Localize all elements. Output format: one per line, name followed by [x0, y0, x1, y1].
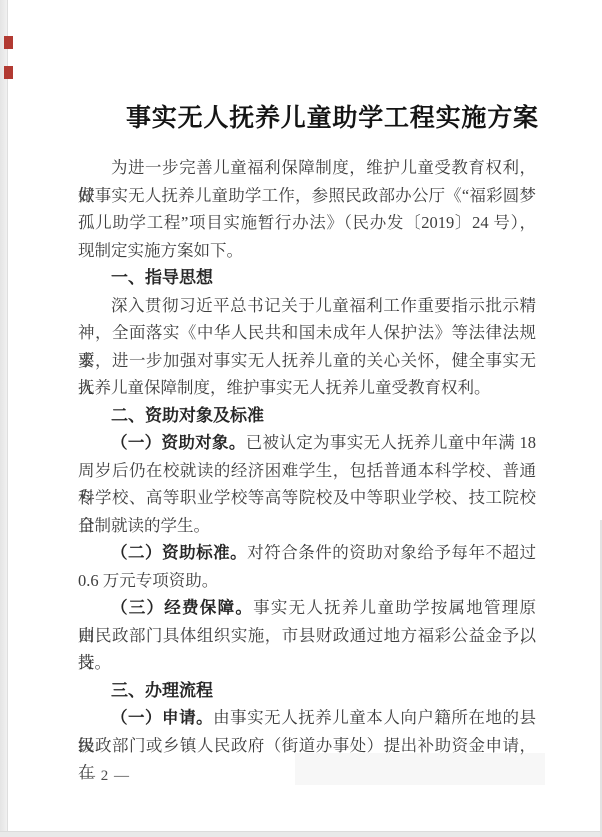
text-segment: 对符合条件的资助对象给予每年不超过 [247, 543, 536, 562]
text-segment: （一）资助对象。 [111, 433, 246, 452]
text-line: 0.6 万元专项资助。 [78, 567, 536, 595]
text-segment: 一、指导思想 [111, 268, 213, 287]
document-lines: 为进一步完善儿童福利保障制度，维护儿童受教育权利，做好事实无人抚养儿童助学工作，… [78, 154, 536, 759]
text-segment: 二、资助对象及标准 [111, 406, 264, 425]
text-line: 为进一步完善儿童福利保障制度，维护儿童受教育权利，做 [78, 154, 536, 182]
text-segment: 深入贯彻习近平总书记关于儿童福利工作重要指示批示精 [111, 296, 536, 315]
page-number: — 2 — [80, 768, 130, 785]
text-segment: 孤儿助学工程”项目实施暂行办法》（民办发〔2019〕24 号）， [78, 213, 536, 232]
text-line: 民政部门或乡镇人民政府（街道办事处）提出补助资金申请，在 [78, 732, 536, 760]
text-line: 科学校、高等职业学校等高等院校及中等职业学校、技工院校全 [78, 484, 536, 512]
red-stamp-mark-bottom [4, 66, 13, 79]
text-line: 深入贯彻习近平总书记关于儿童福利工作重要指示批示精 [78, 292, 536, 320]
text-line: （一）申请。由事实无人抚养儿童本人向户籍所在地的县级 [78, 704, 536, 732]
text-segment: 抚养儿童保障制度，维护事实无人抚养儿童受教育权利。 [78, 378, 491, 397]
text-line: 抚养儿童保障制度，维护事实无人抚养儿童受教育权利。 [78, 374, 536, 402]
text-line: （一）资助对象。已被认定为事实无人抚养儿童中年满 18 [78, 429, 536, 457]
text-line: 神，全面落实《中华人民共和国未成年人保护法》等法律法规要 [78, 319, 536, 347]
text-segment: （一）申请。 [111, 708, 213, 727]
text-segment: 日制就读的学生。 [78, 516, 210, 535]
text-line: 一、指导思想 [78, 264, 536, 292]
text-segment: （二）资助标准。 [111, 543, 247, 562]
text-line: 持。 [78, 649, 536, 677]
text-line: 周岁后仍在校就读的经济困难学生，包括普通本科学校、普通专 [78, 457, 536, 485]
text-line: 三、办理流程 [78, 677, 536, 705]
text-line: 好事实无人抚养儿童助学工作，参照民政部办公厅《“福彩圆梦 [78, 182, 536, 210]
text-line: 日制就读的学生。 [78, 512, 536, 540]
red-stamp-mark-top [4, 36, 13, 49]
text-line: 孤儿助学工程”项目实施暂行办法》（民办发〔2019〕24 号）， [78, 209, 536, 237]
text-line: 现制定实施方案如下。 [78, 237, 536, 265]
text-line: 二、资助对象及标准 [78, 402, 536, 430]
text-segment: 现制定实施方案如下。 [78, 241, 243, 260]
text-segment: 好事实无人抚养儿童助学工作，参照民政部办公厅《“福彩圆梦 [78, 186, 536, 205]
document-page: 事实无人抚养儿童助学工程实施方案 为进一步完善儿童福利保障制度，维护儿童受教育权… [0, 0, 602, 837]
text-line: （二）资助标准。对符合条件的资助对象给予每年不超过 [78, 539, 536, 567]
page-bottom-edge-shadow [0, 831, 602, 837]
document-title: 事实无人抚养儿童助学工程实施方案 [126, 98, 539, 134]
text-segment: （三）经费保障。 [111, 598, 253, 617]
text-segment: 0.6 万元专项资助。 [78, 571, 218, 590]
page-left-edge-shadow [0, 0, 8, 837]
text-line: 求，进一步加强对事实无人抚养儿童的关心关怀，健全事实无人 [78, 347, 536, 375]
text-line: 由民政部门具体组织实施，市县财政通过地方福彩公益金予以支 [78, 622, 536, 650]
text-segment: 持。 [78, 653, 111, 672]
text-segment: 已被认定为事实无人抚养儿童中年满 18 [246, 433, 536, 452]
text-segment: 三、办理流程 [111, 681, 213, 700]
text-line: （三）经费保障。事实无人抚养儿童助学按属地管理原则， [78, 594, 536, 622]
